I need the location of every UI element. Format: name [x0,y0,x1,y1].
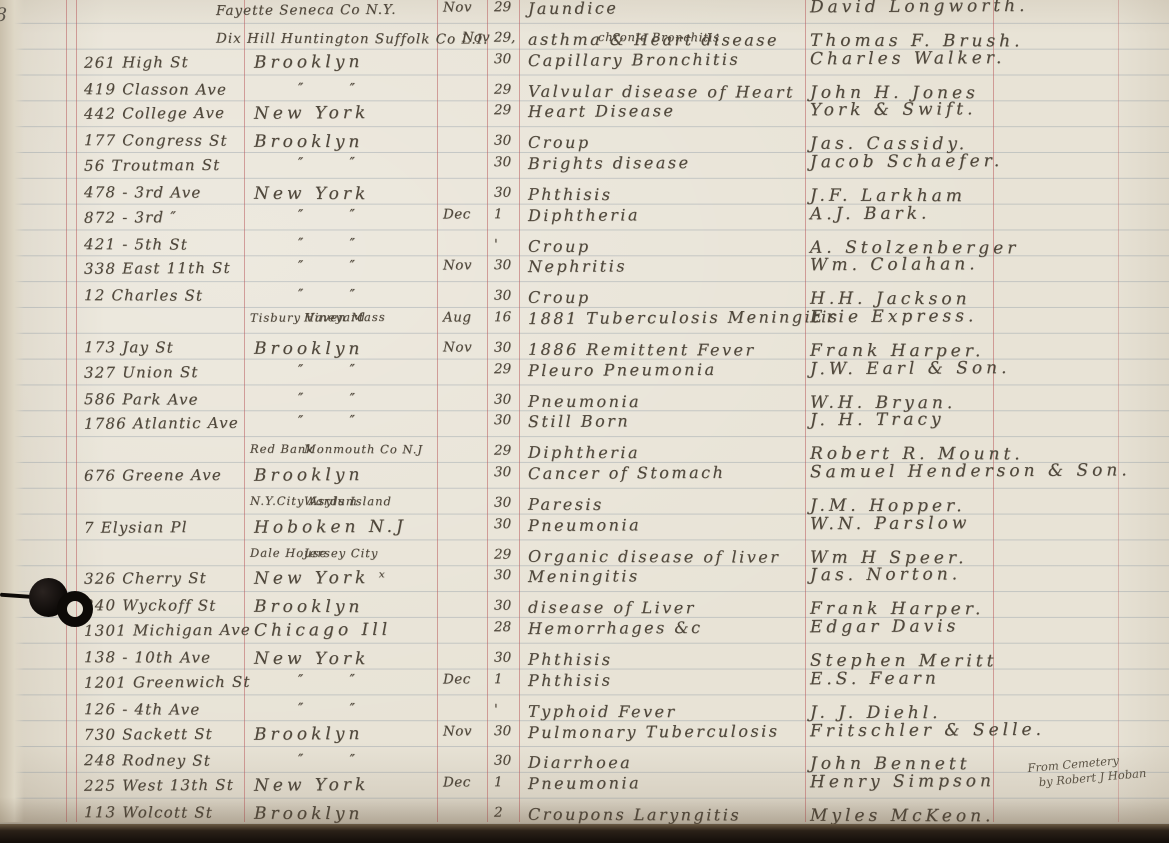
name-cell: A.J. Bark. [810,204,931,225]
month-cell: Dec [443,774,471,790]
cause-cell: Brights disease [528,153,691,173]
day-cell: Nov 29, [462,29,515,45]
place-ditto-mark: ″ ″ [298,362,355,378]
name-cell: David Longworth. [810,0,1029,17]
place-cell: Brooklyn [254,52,364,73]
place-cell: Brooklyn [254,132,363,152]
month-cell: Aug [443,309,472,325]
month-cell: Nov [443,257,472,273]
month-cell: Nov [443,723,472,739]
address-cell: 338 East 11th St [84,259,231,278]
cause-cell: 1886 Remittent Fever [528,340,756,360]
name-cell: Charles Walker. [810,48,1006,69]
day-cell: 28 [494,619,511,635]
address-cell: 327 Union St [84,363,199,382]
place-ditto-mark: ″ ″ [298,236,355,252]
cause-cell: Jaundice [528,0,618,18]
place-cell-line2: Wards Island [304,494,392,508]
place-ditto-mark: ″ ″ [298,155,355,171]
place-cell: Chicago Ill [254,620,391,641]
place-cell: Dix Hill Huntington Suffolk Co L.I. [216,31,488,48]
address-cell: 261 High St [84,53,189,72]
address-cell: 12 Charles St [84,286,203,304]
month-cell: Nov [443,339,472,355]
address-cell: 225 West 13th St [84,776,234,795]
day-cell: 30 [494,185,511,201]
cause-cell: Nephritis [528,256,627,276]
day-cell: 30 [494,392,511,408]
address-cell: 248 Rodney St [84,751,211,769]
place-cell-line2: Jersey City [304,546,378,560]
cause-cell: Phthisis [528,671,613,691]
place-ditto-mark: ″ ″ [298,258,355,274]
cause-cell: Paresis [528,495,604,514]
month-cell: Dec [443,671,471,687]
name-cell: Henry Simpson [810,771,995,792]
cause-cell: Pneumonia [528,773,641,793]
page-curl-shadow [0,797,1169,825]
cause-cell: Pulmonary Tuberculosis [528,721,780,742]
cause-cell: Hemorrhages &c [528,618,703,638]
name-cell: Erie Express. [810,306,977,327]
day-cell: 30 [494,723,511,739]
day-cell: ' [494,237,498,253]
day-cell: 30 [494,257,511,273]
address-cell: 872 - 3rd ″ [84,208,177,227]
cause-cell: Croup [528,237,591,256]
address-cell: 1201 Greenwich St [84,673,251,692]
day-cell: 30 [494,464,511,480]
address-cell: 173 Jay St [84,338,174,356]
name-cell: J.W. Earl & Son. [810,358,1011,379]
address-cell: 1786 Atlantic Ave [84,414,239,433]
address-cell: 56 Troutman St [84,156,221,175]
cause-cell: 1881 Tuberculosis Meningitis [528,307,840,328]
address-cell: 586 Park Ave [84,390,199,408]
day-cell: 1 [494,671,503,687]
day-cell: 30 [494,516,511,532]
cause-cell: Phthisis [528,650,613,669]
name-cell: Edgar Davis [810,616,959,637]
day-cell: 30 [494,567,511,583]
place-cell-line2: Haven Mass [304,310,386,324]
cause-cell: Croup [528,288,591,307]
day-cell: 29 [494,82,511,98]
cause-cell: asthma & Heart disease [528,30,779,50]
name-cell: York & Swift. [810,99,977,120]
day-cell: 30 [494,51,511,67]
place-ditto-mark: ″ ″ [298,391,355,407]
place-cell: New York [254,775,369,796]
place-ditto-mark: ″ ″ [298,701,355,717]
place-cell: Fayette Seneca Co N.Y. [216,2,397,19]
cause-cell: Typhoid Fever [528,702,677,722]
name-cell: Jacob Schaefer. [810,151,1003,172]
place-cell: New York [254,649,369,669]
cause-cell: Heart Disease [528,101,676,121]
place-ditto-mark: ″ ″ [298,287,355,303]
cause-cell: Diphtheria [528,205,640,225]
day-cell: 30 [494,753,511,769]
address-cell: 419 Classon Ave [84,80,227,98]
day-cell: 30 [494,154,511,170]
cause-cell: Capillary Bronchitis [528,50,740,70]
cause-cell: Pneumonia [528,515,641,535]
cause-cell: Pleuro Pneumonia [528,360,717,380]
address-cell: 442 College Ave [84,104,225,123]
day-cell: 30 [494,650,511,666]
cause-cell: Valvular disease of Heart [528,82,795,102]
day-cell: 29 [494,443,511,459]
place-cell: New York [254,184,369,204]
address-cell: 676 Greene Ave [84,466,222,485]
name-cell: J. H. Tracy [810,409,945,430]
name-cell: Fritschler & Selle. [810,720,1045,741]
place-cell: Brooklyn [254,597,363,617]
address-cell: 730 Sackett St [84,725,213,744]
cause-cell: Still Born [528,411,630,431]
day-cell: 30 [494,412,511,428]
cause-cell: Phthisis [528,185,613,204]
month-cell: Dec [443,206,471,222]
edge-mark: 8 [0,4,7,26]
day-cell: 30 [494,340,511,356]
book-edge [0,824,1169,843]
address-cell: 478 - 3rd Ave [84,183,202,201]
day-cell: 16 [494,309,511,325]
address-cell: 7 Elysian Pl [84,518,188,537]
address-cell: 138 - 10th Ave [84,648,211,666]
day-cell: 30 [494,598,511,614]
day-cell: 1 [494,774,503,790]
day-cell: ' [494,702,498,718]
place-cell: New York ˣ [254,568,389,589]
cause-cell: Diphtheria [528,443,640,462]
place-cell-line2: Monmouth Co N.J [304,442,423,456]
binder-ring-icon [57,591,93,627]
address-cell: 326 Cherry St [84,569,207,588]
place-cell: Brooklyn [254,724,364,745]
address-cell: 126 - 4th Ave [84,700,200,718]
day-cell: 29 [494,0,511,15]
day-cell: 29 [494,547,511,563]
place-cell: Brooklyn [254,465,364,486]
cause-cell: disease of Liver [528,598,696,618]
place-ditto-mark: ″ ″ [298,752,355,768]
cause-cell: Diarrhoea [528,753,632,772]
day-cell: 29 [494,361,511,377]
day-cell: 1 [494,206,503,222]
name-cell: W.N. Parslow [810,513,971,534]
place-ditto-mark: ″ ″ [298,81,355,97]
cause-cell: Meningitis [528,566,640,586]
name-cell: Wm. Colahan. [810,254,979,275]
name-cell: Jas. Norton. [810,564,961,585]
cause-cell: Cancer of Stomach [528,463,726,483]
register-entries: Fayette Seneca Co N.Y.Nov29JaundiceDavid… [0,0,1169,843]
place-ditto-mark: ″ ″ [298,207,355,223]
register-row: Fayette Seneca Co N.Y.Nov29JaundiceDavid… [0,0,1169,28]
day-cell: 30 [494,133,511,149]
cause-cell: Croup [528,133,591,152]
place-cell: New York [254,103,369,124]
day-cell: 30 [494,288,511,304]
cause-cell: Pneumonia [528,392,641,411]
place-cell: Hoboken N.J [254,517,407,538]
name-cell: E.S. Fearn [810,669,940,690]
address-cell: 421 - 5th St [84,235,188,253]
month-cell: Nov [443,0,472,16]
place-ditto-mark: ″ ″ [298,413,355,429]
address-cell: 177 Congress St [84,131,228,150]
address-cell: 1301 Michigan Ave [84,621,251,640]
day-cell: 30 [494,495,511,511]
place-ditto-mark: ″ ″ [298,672,355,688]
name-cell: Samuel Henderson & Son. [810,460,1131,482]
day-cell: 29 [494,102,511,118]
register-page: Fayette Seneca Co N.Y.Nov29JaundiceDavid… [0,0,1169,843]
cause-cell: Organic disease of liver [528,547,780,567]
address-cell: 240 Wyckoff St [84,596,217,614]
place-cell: Brooklyn [254,339,363,359]
